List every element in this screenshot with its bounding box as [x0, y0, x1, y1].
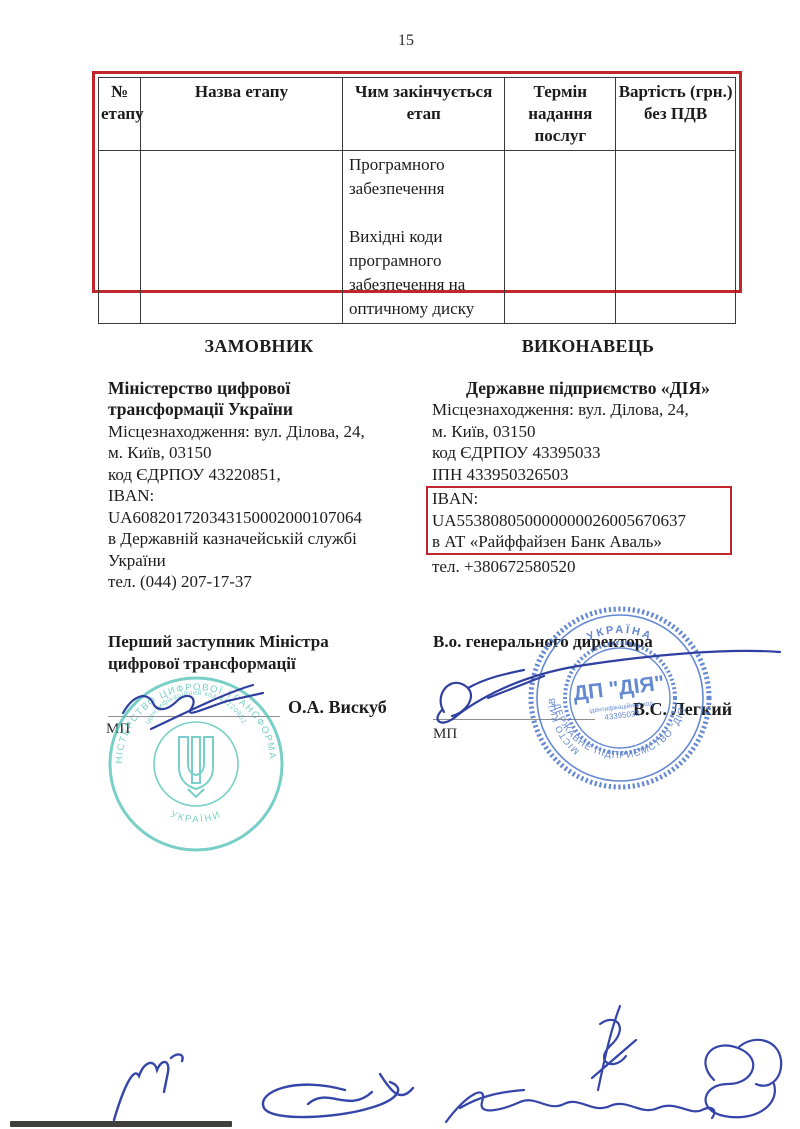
- contractor-seal-label: МП: [433, 726, 457, 743]
- col-header-cost: Вартість (грн.) без ПДВ: [616, 78, 736, 151]
- customer-org-name: Міністерство цифрової трансформації Укра…: [108, 378, 410, 421]
- ministry-stamp-icon: МІНІСТЕРСТВО ЦИФРОВОЇ ТРАНСФОРМАЦІЇ УКРА…: [105, 673, 287, 855]
- customer-section: ЗАМОВНИК Міністерство цифрової трансформ…: [108, 336, 410, 593]
- cell-cost: [616, 151, 736, 324]
- stage-table-highlight-frame: № етапу Назва етапу Чим закінчується ета…: [92, 71, 742, 293]
- contractor-iban-label: IBAN:: [432, 488, 726, 510]
- document-page: { "page": { "number": "15" }, "table": {…: [0, 0, 800, 1129]
- bottom-signature-1: [108, 1048, 203, 1129]
- customer-address-line1: Місцезнаходження: вул. Ділова, 24,: [108, 421, 410, 443]
- cell-stage-result: Програмного забезпечення Вихідні коди пр…: [342, 151, 504, 324]
- trident-icon: [179, 737, 213, 797]
- contractor-signer-name: В.С. Легкий: [633, 699, 732, 720]
- customer-seal-label: МП: [106, 721, 130, 738]
- ministry-stamp-arc-bottom: УКРАЇНИ: [169, 809, 224, 825]
- contractor-iban: UA553808050000000026005670637: [432, 510, 726, 532]
- contractor-section: ВИКОНАВЕЦЬ Державне підприємство «ДІЯ» М…: [432, 336, 744, 577]
- customer-address-line2: м. Київ, 03150: [108, 442, 410, 464]
- customer-iban-label: IBAN:: [108, 485, 410, 507]
- col-header-stage-number: № етапу: [99, 78, 141, 151]
- table-row: Програмного забезпечення Вихідні коди пр…: [99, 151, 736, 324]
- scan-artifact-bar: [10, 1121, 232, 1127]
- contractor-phone: тел. +380672580520: [432, 556, 744, 578]
- cell-term: [505, 151, 616, 324]
- bottom-signature-2: [250, 1068, 420, 1129]
- diya-stamp-arc-left: МІСТО КИЇВ: [547, 697, 581, 757]
- stage-table: № етапу Назва етапу Чим закінчується ета…: [98, 77, 736, 324]
- contractor-signature-line: [433, 719, 595, 720]
- customer-signer-name: О.А. Вискуб: [288, 697, 387, 718]
- customer-iban: UA608201720343150002000107064: [108, 507, 410, 529]
- contractor-address-line1: Місцезнаходження: вул. Ділова, 24,: [432, 399, 744, 421]
- contractor-iban-highlight-frame: IBAN: UA553808050000000026005670637 в АТ…: [426, 486, 732, 555]
- bottom-signature-3: [558, 1002, 658, 1094]
- customer-signature-line: [108, 716, 280, 717]
- stage-table-header-row: № етапу Назва етапу Чим закінчується ета…: [99, 78, 736, 151]
- customer-signature-ink: [115, 683, 315, 733]
- contractor-address-line2: м. Київ, 03150: [432, 421, 744, 443]
- contractor-bank: в АТ «Райффайзен Банк Аваль»: [432, 531, 726, 553]
- customer-bank-line1: в Державній казначейській службі: [108, 528, 410, 550]
- customer-edrpou: код ЄДРПОУ 43220851,: [108, 464, 410, 486]
- customer-signer-title: Перший заступник Міністра цифрової транс…: [108, 631, 398, 675]
- cell-stage-number: [99, 151, 141, 324]
- contractor-org-name: Державне підприємство «ДІЯ»: [432, 378, 744, 400]
- svg-text:УКРАЇНИ: УКРАЇНИ: [169, 809, 224, 825]
- contractor-heading: ВИКОНАВЕЦЬ: [432, 336, 744, 358]
- col-header-stage-name: Назва етапу: [141, 78, 343, 151]
- contractor-signer-title: В.о. генерального директора: [433, 631, 753, 653]
- svg-text:МІНІСТЕРСТВО ЦИФРОВОЇ ТРАНСФОР: МІНІСТЕРСТВО ЦИФРОВОЇ ТРАНСФОРМАЦІЇ: [105, 673, 278, 764]
- contractor-ipn: ІПН 433950326503: [432, 464, 744, 486]
- svg-text:ідентифікаційний код 43220851: ідентифікаційний код 43220851: [144, 689, 248, 726]
- bottom-signature-4: [440, 1072, 730, 1129]
- customer-bank-line2: України: [108, 550, 410, 572]
- ministry-stamp-arc-top: МІНІСТЕРСТВО ЦИФРОВОЇ ТРАНСФОРМАЦІЇ: [105, 673, 278, 764]
- customer-phone: тел. (044) 207-17-37: [108, 571, 410, 593]
- customer-heading: ЗАМОВНИК: [108, 336, 410, 358]
- svg-text:МІСТО КИЇВ: МІСТО КИЇВ: [547, 697, 581, 757]
- ministry-stamp-code: ідентифікаційний код 43220851: [144, 689, 248, 726]
- col-header-stage-result: Чим закінчується етап: [342, 78, 504, 151]
- page-number: 15: [398, 32, 414, 50]
- cell-stage-name: [141, 151, 343, 324]
- contractor-edrpou: код ЄДРПОУ 43395033: [432, 442, 744, 464]
- col-header-term: Термін надання послуг: [505, 78, 616, 151]
- bottom-signature-5: [682, 1028, 797, 1128]
